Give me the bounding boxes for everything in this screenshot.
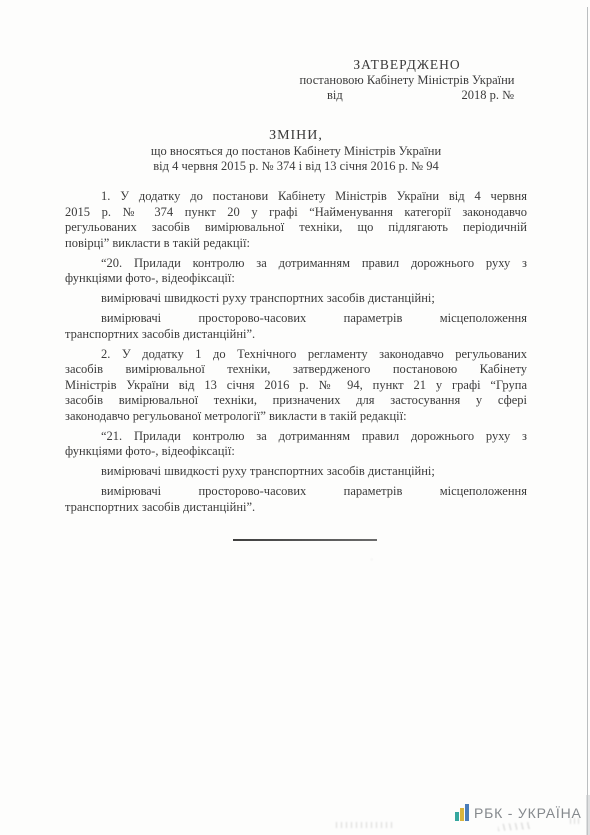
paragraph: вимірювачі просторово-часових параметрів… (65, 311, 527, 342)
paragraph: 2. У додатку 1 до Технічного регламенту … (65, 347, 527, 425)
bar-chart-logo-icon (455, 804, 469, 821)
text-line: транспортних засобів дистанційні”. (65, 500, 527, 516)
text-line: законодавчо регульованої метрології” вик… (65, 409, 527, 425)
text-line: Міністрів України від 13 січня 2016 р. №… (65, 378, 527, 394)
paragraph: вимірювачі просторово-часових параметрів… (65, 484, 527, 515)
paragraph: 1. У додатку до постанови Кабінету Мініс… (65, 189, 527, 251)
approval-block: ЗАТВЕРДЖЕНО постановою Кабінету Міністрі… (290, 57, 524, 104)
document-title: ЗМІНИ, що вносяться до постанов Кабінету… (65, 128, 527, 175)
scan-artifact (570, 818, 582, 824)
rbc-ukraine-watermark: РБК - УКРАЇНА (455, 804, 582, 821)
text-line: 2. У додатку 1 до Технічного регламенту … (65, 347, 527, 363)
paragraph: “20. Прилади контролю за дотриманням пра… (65, 256, 527, 287)
watermark-label: РБК - УКРАЇНА (474, 805, 582, 821)
paragraph: вимірювачі швидкості руху транспортних з… (65, 464, 527, 480)
text-line: функціями фото-, відеофіксації: (65, 444, 527, 460)
approval-date-row: від 2018 р. № (290, 88, 524, 104)
text-line: засобів вимірювальної техніки, затвердже… (65, 362, 527, 378)
paragraph: “21. Прилади контролю за дотриманням пра… (65, 429, 527, 460)
scan-artifact (336, 822, 396, 828)
text-line: 1. У додатку до постанови Кабінету Мініс… (65, 189, 527, 205)
text-line: “21. Прилади контролю за дотриманням пра… (65, 429, 527, 445)
scan-artifact (498, 822, 532, 831)
text-line: регульованих засобів вимірювальної техні… (65, 220, 527, 236)
text-line: вимірювачі просторово-часових параметрів… (65, 311, 527, 327)
scanned-document-page: ЗАТВЕРДЖЕНО постановою Кабінету Міністрі… (0, 0, 590, 835)
text-line: транспортних засобів дистанційні”. (65, 327, 527, 343)
paragraph: вимірювачі швидкості руху транспортних з… (65, 291, 527, 307)
approval-authority: постановою Кабінету Міністрів України (290, 73, 524, 89)
approval-date-prefix: від (327, 88, 343, 104)
scan-edge-line (587, 7, 588, 835)
text-line: 2015 р. № 374 пункт 20 у графі “Найменув… (65, 205, 527, 221)
document-body: 1. У додатку до постанови Кабінету Мініс… (65, 189, 527, 520)
scan-edge-shadow (586, 795, 590, 835)
text-line: “20. Прилади контролю за дотриманням пра… (65, 256, 527, 272)
text-line: засобів вимірювальної техніки, призначен… (65, 393, 527, 409)
section-separator (233, 539, 377, 541)
text-line: повірці” викласти в такій редакції: (65, 236, 527, 252)
title-subtitle-line1: що вносяться до постанов Кабінету Мініст… (65, 144, 527, 160)
title-subtitle-line2: від 4 червня 2015 р. № 374 і від 13 січн… (65, 159, 527, 175)
approval-date-suffix: 2018 р. № (461, 88, 514, 104)
text-line: функціями фото-, відеофіксації: (65, 271, 527, 287)
text-line: вимірювачі швидкості руху транспортних з… (65, 464, 527, 480)
title-heading: ЗМІНИ, (65, 128, 527, 144)
text-line: вимірювачі швидкості руху транспортних з… (65, 291, 527, 307)
approval-stamp: ЗАТВЕРДЖЕНО (290, 57, 524, 73)
text-line: вимірювачі просторово-часових параметрів… (65, 484, 527, 500)
